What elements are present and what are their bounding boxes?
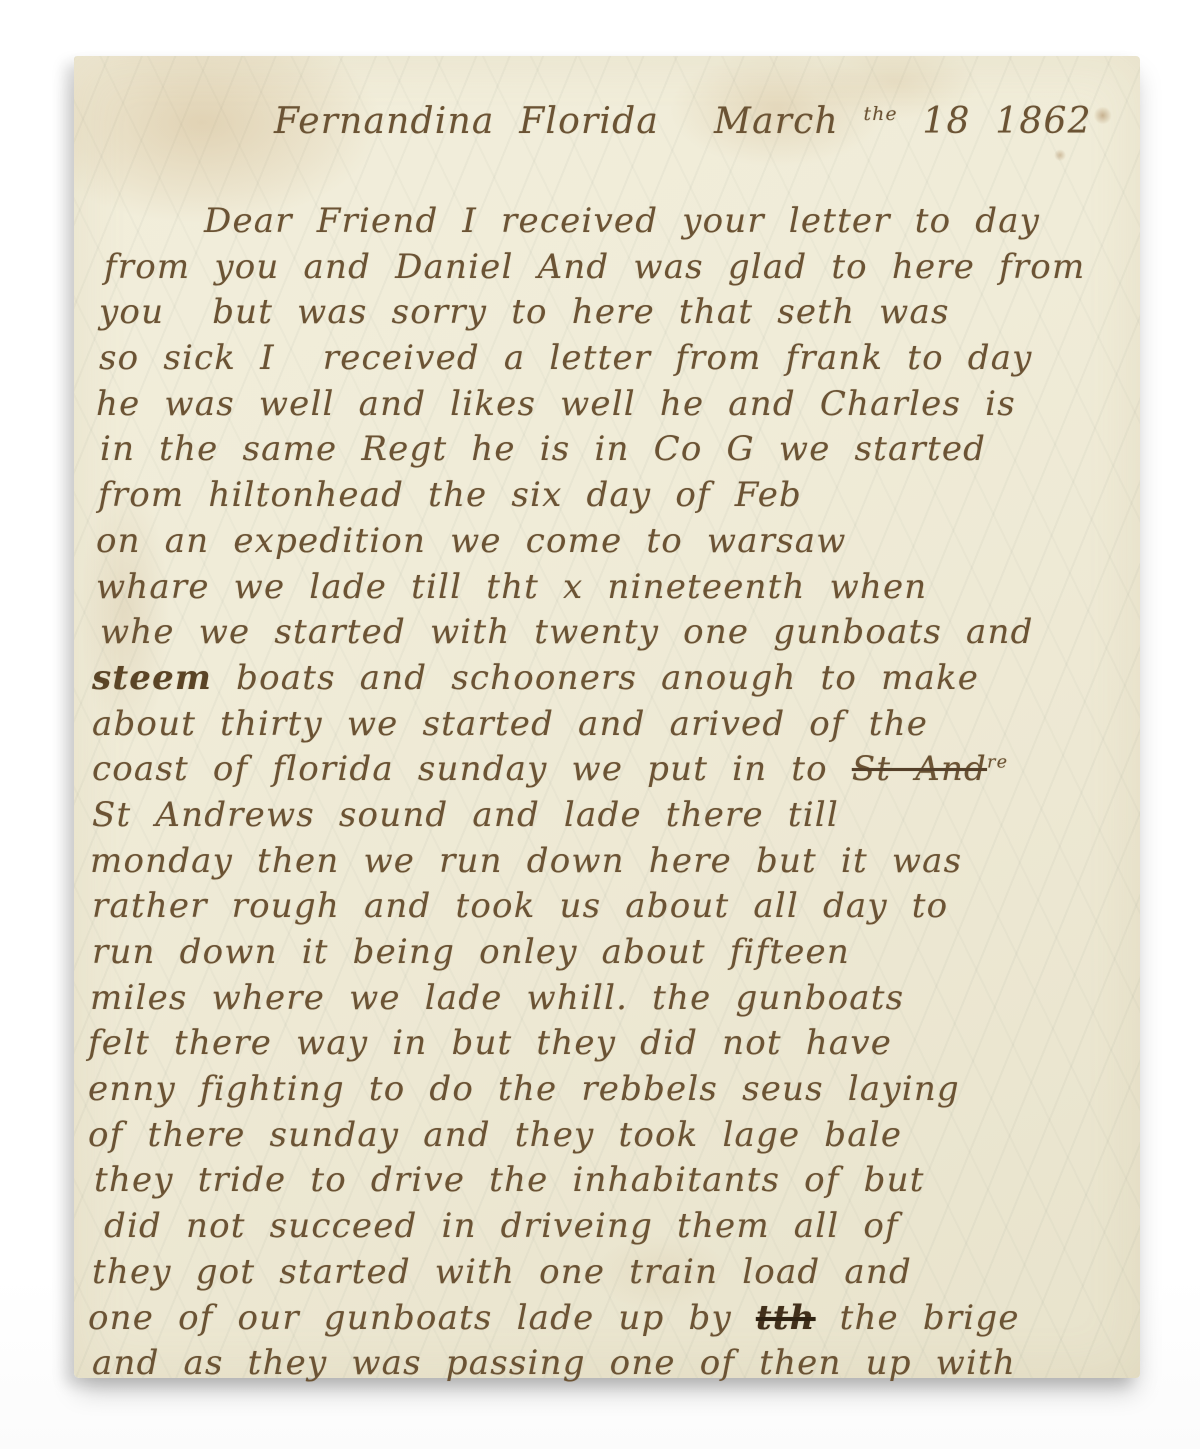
letter-line: Dear Friend I received your letter to da… — [74, 199, 1140, 245]
letter-text-segment: rather rough and took us about all day t… — [92, 886, 948, 926]
letter-text-segment: miles where we lade whill. the gunboats — [90, 978, 904, 1018]
letter-text-segment: re — [987, 753, 1008, 773]
letter-line: rather rough and took us about all day t… — [74, 884, 1140, 930]
letter-text-segment: run down it being onley about fifteen — [92, 932, 850, 972]
letter-text-segment: the brige — [816, 1298, 1020, 1338]
letter-line: felt there way in but they did not have — [74, 1021, 1140, 1067]
letter-line: you but was sorry to here that seth was — [74, 290, 1140, 336]
letter-text-segment: the — [864, 104, 898, 125]
letter-text-segment: enny fighting to do the rebbels seus lay… — [88, 1069, 960, 1109]
letter-line: about thirty we started and arived of th… — [74, 702, 1140, 748]
letter-line: monday then we run down here but it was — [74, 839, 1140, 885]
letter-line: steem boats and schooners anough to make — [74, 656, 1140, 702]
letter-text-segment: so sick I received a letter from frank t… — [99, 338, 1033, 378]
letter-text-segment: they got started with one train load and — [92, 1252, 912, 1292]
letter-text-segment: you but was sorry to here that seth was — [99, 292, 950, 332]
letter-dateline: Fernandina FloridaMarch the 18 1862 — [74, 94, 1200, 150]
letter-text-segment: St And — [852, 749, 987, 789]
letter-text-segment: coast of florida sunday we put in to — [92, 749, 852, 789]
letter-text-segment: St Andrews sound and lade there till — [92, 795, 839, 835]
letter-text-segment: Fernandina Florida — [274, 101, 659, 142]
letter-text-segment: Dear Friend I received your letter to da… — [204, 201, 1040, 241]
letter-line: in the same Regt he is in Co G we starte… — [74, 427, 1140, 473]
letter-text-segment: steem — [92, 658, 212, 698]
letter-text-segment: from you and Daniel And was glad to here… — [104, 247, 1085, 287]
letter-text-segment: about thirty we started and arived of th… — [92, 704, 928, 744]
letter-text-segment: of there sunday and they took lage bale — [88, 1115, 902, 1155]
letter-text-segment: boats and schooners anough to make — [212, 658, 979, 698]
letter-line: enny fighting to do the rebbels seus lay… — [74, 1067, 1140, 1113]
letter-line: one of our gunboats lade up by tth the b… — [74, 1296, 1140, 1342]
photo-canvas: Fernandina FloridaMarch the 18 1862 Dear… — [0, 0, 1200, 1449]
letter-text-segment: one of our gunboats lade up by — [88, 1298, 756, 1338]
letter-line: whare we lade till tht x nineteenth when — [74, 565, 1140, 611]
letter-text-segment: did not succeed in driveing them all of — [104, 1206, 899, 1246]
letter-text-segment: in the same Regt he is in Co G we starte… — [100, 429, 986, 469]
letter-text-segment: felt there way in but they did not have — [88, 1023, 892, 1063]
letter-line: did not succeed in driveing them all of — [74, 1204, 1140, 1250]
letter-sheet: Fernandina FloridaMarch the 18 1862 Dear… — [74, 56, 1140, 1378]
letter-text-segment: on an expedition we come to warsaw — [96, 521, 847, 561]
letter-text-segment: he was well and likes well he and Charle… — [96, 384, 1016, 424]
letter-text-segment: 18 1862 — [898, 101, 1092, 142]
letter-body: Dear Friend I received your letter to da… — [74, 199, 1140, 1387]
letter-line: coast of florida sunday we put in to St … — [74, 747, 1140, 793]
letter-line: from hiltonhead the six day of Feb — [74, 473, 1140, 519]
letter-text-segment: and as they was passing one of then up w… — [92, 1343, 1016, 1383]
letter-line: they got started with one train load and — [74, 1250, 1140, 1296]
letter-line: they tride to drive the inhabitants of b… — [74, 1158, 1140, 1204]
letter-text-segment: they tride to drive the inhabitants of b… — [94, 1160, 925, 1200]
letter-line: of there sunday and they took lage bale — [74, 1113, 1140, 1159]
letter-line: on an expedition we come to warsaw — [74, 519, 1140, 565]
letter-line: from you and Daniel And was glad to here… — [74, 245, 1140, 291]
letter-text-segment: from hiltonhead the six day of Feb — [98, 475, 802, 515]
letter-line: so sick I received a letter from frank t… — [74, 336, 1140, 382]
letter-line: St Andrews sound and lade there till — [74, 793, 1140, 839]
letter-line: run down it being onley about fifteen — [74, 930, 1140, 976]
letter-text-segment: whare we lade till tht x nineteenth when — [96, 567, 927, 607]
letter-text-segment: whe we started with twenty one gunboats … — [100, 612, 1034, 652]
letter-line: he was well and likes well he and Charle… — [74, 382, 1140, 428]
letter-text-segment: tth — [756, 1298, 816, 1338]
letter-text-segment: monday then we run down here but it was — [90, 841, 962, 881]
letter-line: and as they was passing one of then up w… — [74, 1341, 1140, 1387]
letter-text-segment: March — [714, 101, 864, 142]
letter-line: miles where we lade whill. the gunboats — [74, 976, 1140, 1022]
letter-line: whe we started with twenty one gunboats … — [74, 610, 1140, 656]
